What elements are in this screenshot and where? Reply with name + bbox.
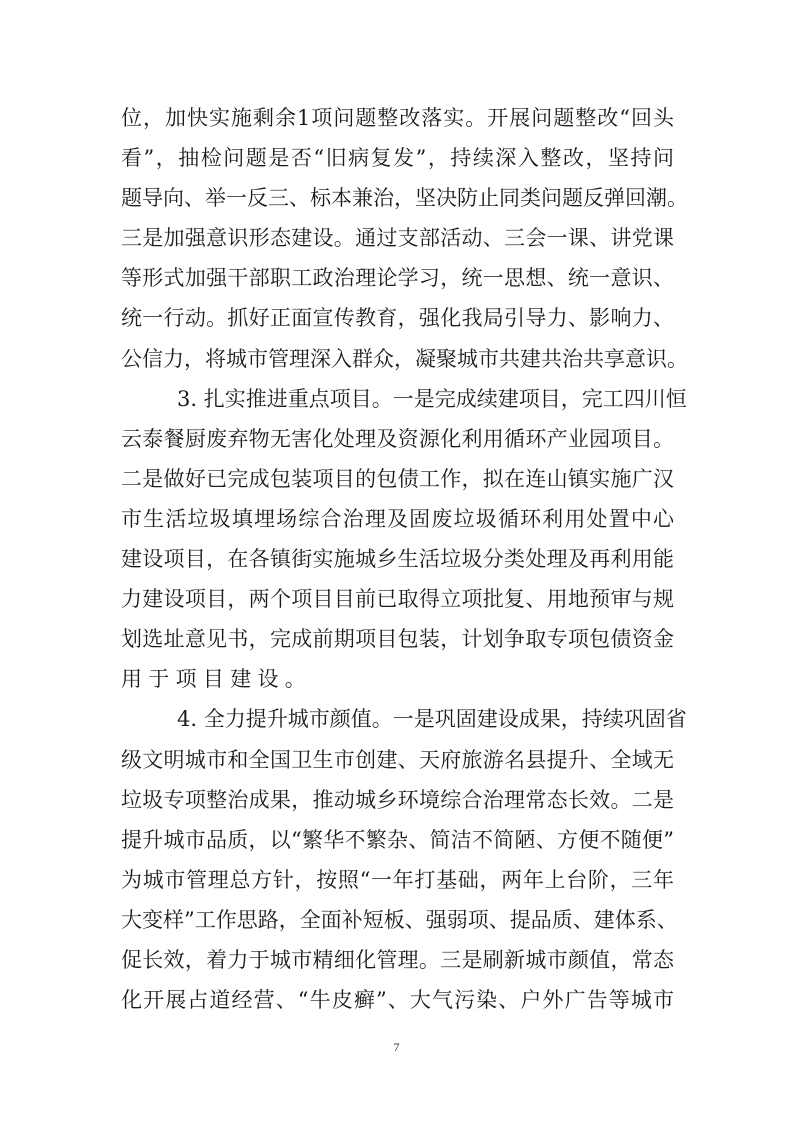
text-line: 题导向、举一反三、标本兼治，坚决防止同类问题反弹回潮。	[121, 178, 674, 218]
text-line: 统一行动。抓好正面宣传教育，强化我局引导力、影响力、	[121, 298, 674, 338]
page-number: 7	[0, 1040, 793, 1055]
text-line: 建设项目，在各镇街实施城乡生活垃圾分类处理及再利用能	[121, 539, 674, 579]
text-line: 提升城市品质，以“繁华不繁杂、简洁不简陋、方便不随便”	[121, 820, 674, 860]
section-heading-line: 4. 全力提升城市颜值。一是巩固建设成果，持续巩固省	[121, 699, 674, 739]
text-line: 市生活垃圾填埋场综合治理及固废垃圾循环利用处置中心	[121, 499, 674, 539]
text-line: 为城市管理总方针，按照“一年打基础，两年上台阶，三年	[121, 860, 674, 900]
text-line: 位，加快实施剩余1项问题整改落实。开展问题整改“回头	[121, 98, 674, 138]
document-page: 位，加快实施剩余1项问题整改落实。开展问题整改“回头 看”，抽检问题是否“旧病复…	[0, 0, 793, 1122]
text-line: 划选址意见书，完成前期项目包装，计划争取专项包债资金	[121, 619, 674, 659]
text-line: 等形式加强干部职工政治理论学习，统一思想、统一意识、	[121, 258, 674, 298]
text-line: 化开展占道经营、“牛皮癣”、大气污染、户外广告等城市	[121, 980, 674, 1020]
section-heading-line: 3. 扎实推进重点项目。一是完成续建项目，完工四川恒	[121, 379, 674, 419]
body-text: 位，加快实施剩余1项问题整改落实。开展问题整改“回头 看”，抽检问题是否“旧病复…	[121, 98, 674, 1020]
text-line: 垃圾专项整治成果，推动城乡环境综合治理常态长效。二是	[121, 780, 674, 820]
text-line: 三是加强意识形态建设。通过支部活动、三会一课、讲党课	[121, 218, 674, 258]
text-line: 看”，抽检问题是否“旧病复发”，持续深入整改，坚持问	[121, 138, 674, 178]
text-line: 级文明城市和全国卫生市创建、天府旅游名县提升、全域无	[121, 740, 674, 780]
text-line: 用于项目建设。	[121, 659, 674, 699]
text-line: 云泰餐厨废弃物无害化处理及资源化利用循环产业园项目。	[121, 419, 674, 459]
text-line: 二是做好已完成包装项目的包债工作，拟在连山镇实施广汉	[121, 459, 674, 499]
text-line: 促长效，着力于城市精细化管理。三是刷新城市颜值，常态	[121, 940, 674, 980]
text-line: 力建设项目，两个项目目前已取得立项批复、用地预审与规	[121, 579, 674, 619]
text-line: 公信力，将城市管理深入群众，凝聚城市共建共治共享意识。	[121, 339, 674, 379]
text-line: 大变样”工作思路，全面补短板、强弱项、提品质、建体系、	[121, 900, 674, 940]
